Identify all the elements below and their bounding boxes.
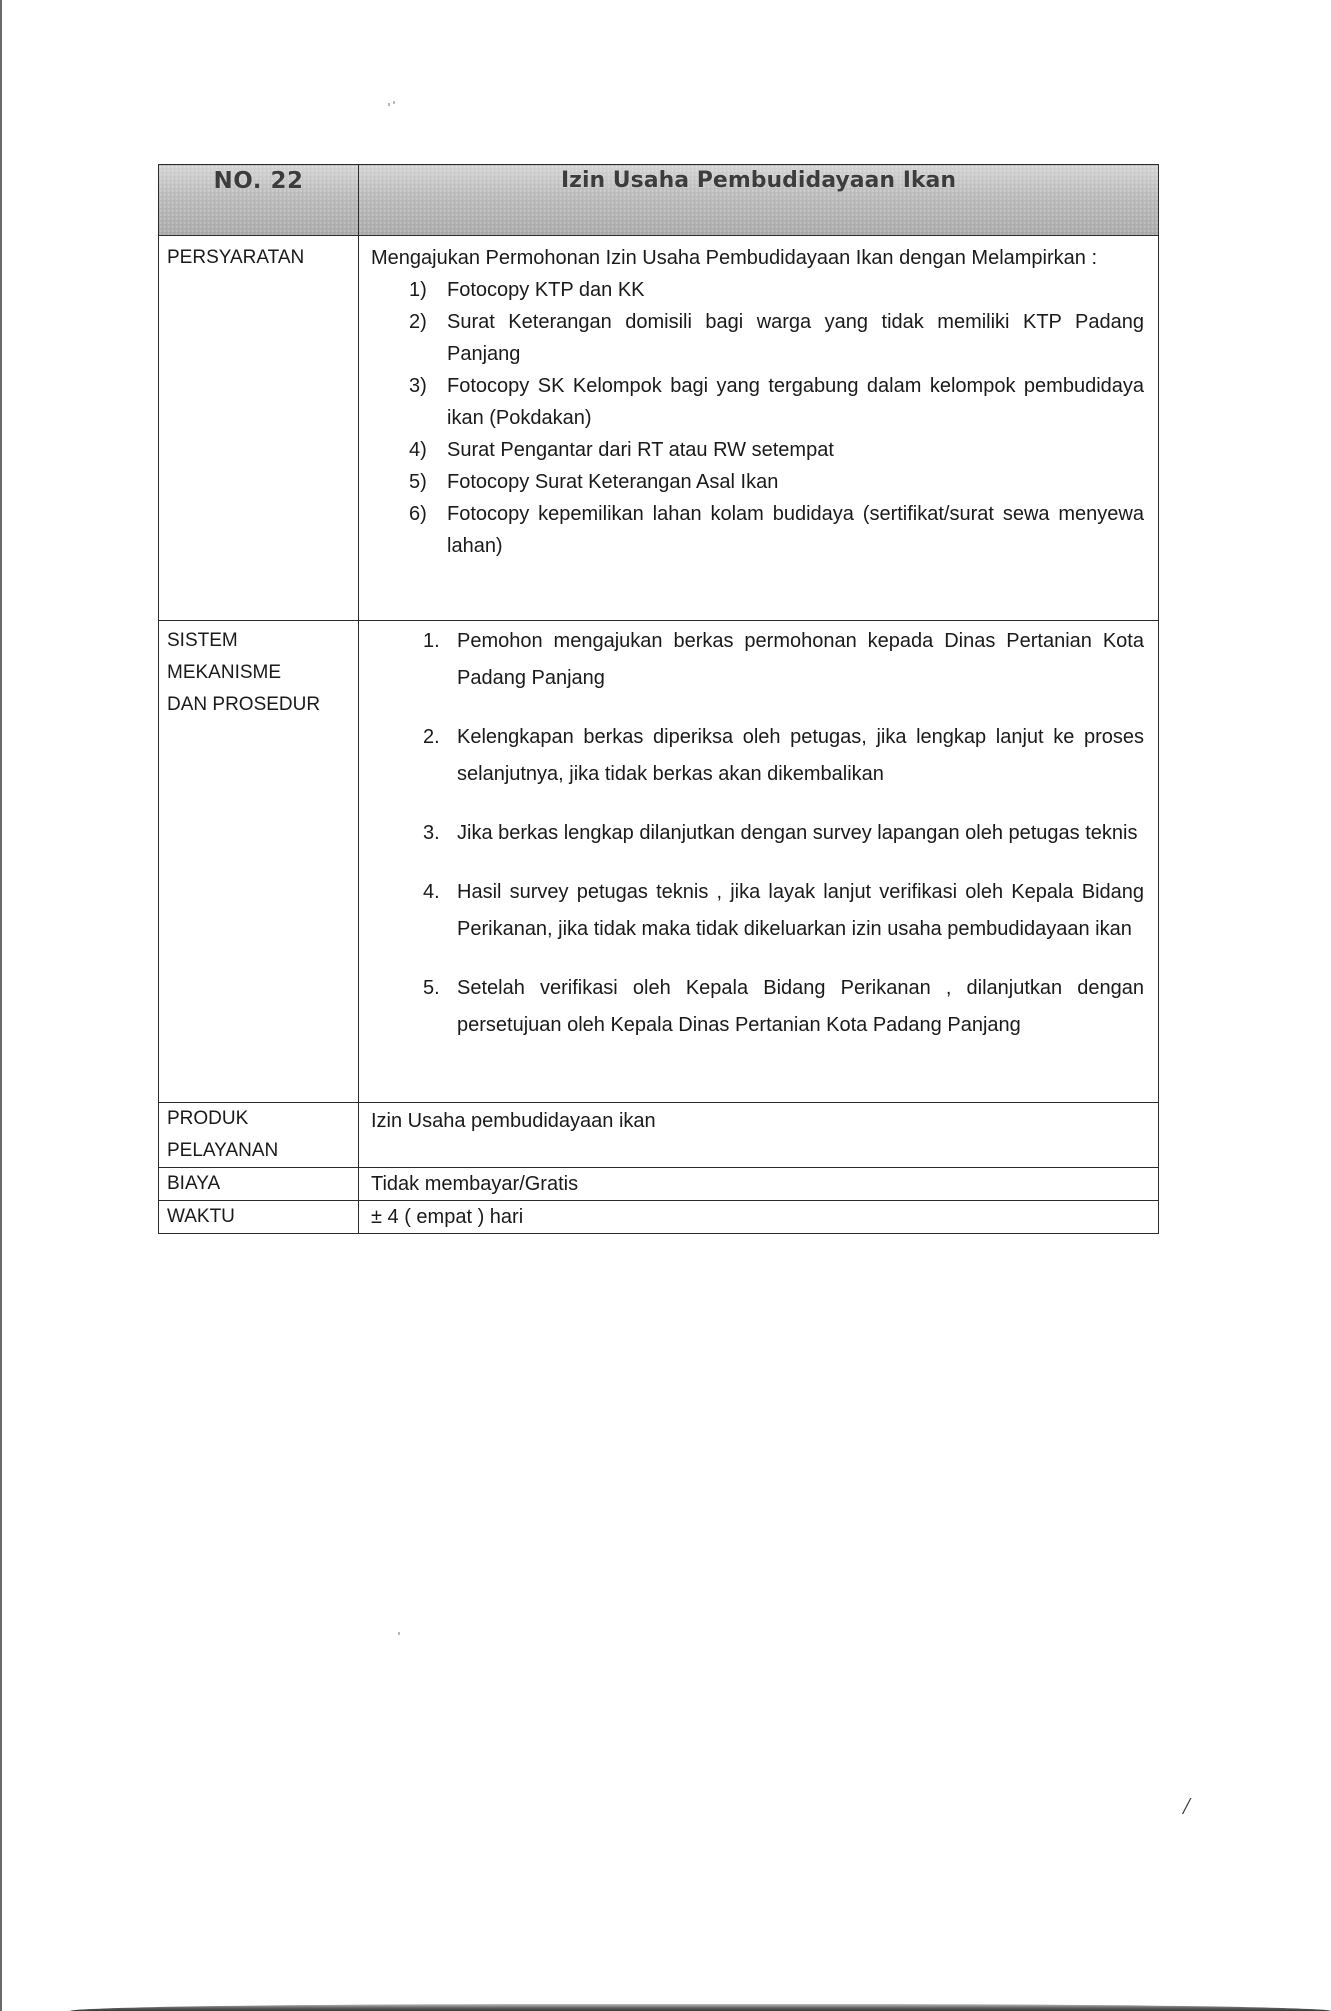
list-item: 5)Fotocopy Surat Keterangan Asal Ikan [409,466,1144,498]
row-label-produk: PRODUK PELAYANAN [159,1103,359,1168]
list-item: 5.Setelah verifikasi oleh Kepala Bidang … [423,970,1144,1044]
list-item: 1.Pemohon mengajukan berkas permohonan k… [423,623,1144,697]
list-item: 2)Surat Keterangan domisili bagi warga y… [409,306,1144,370]
table-row-produk: PRODUK PELAYANAN Izin Usaha pembudidayaa… [159,1103,1159,1168]
list-item: 4.Hasil survey petugas teknis , jika lay… [423,874,1144,948]
row-content-waktu: ± 4 ( empat ) hari [359,1201,1159,1234]
list-item-number: 2. [423,719,440,756]
label-line: PELAYANAN [167,1135,350,1167]
requirements-intro: Mengajukan Permohonan Izin Usaha Pembudi… [371,242,1144,274]
scan-edge-left [0,0,2,2011]
row-content-produk: Izin Usaha pembudidayaan ikan [359,1103,1159,1168]
list-item: 1)Fotocopy KTP dan KK [409,274,1144,306]
list-item-text: Fotocopy Surat Keterangan Asal Ikan [447,471,778,493]
row-content-prosedur: 1.Pemohon mengajukan berkas permohonan k… [359,621,1159,1103]
list-item-number: 5) [409,466,427,498]
list-item-number: 2) [409,306,427,338]
table-row-prosedur: SISTEM MEKANISME DAN PROSEDUR 1.Pemohon … [159,621,1159,1103]
list-item-text: Fotocopy kepemilikan lahan kolam budiday… [447,503,1144,557]
service-title: Izin Usaha Pembudidayaan Ikan [359,165,1159,236]
handwritten-page-mark: / [1183,1794,1190,1821]
list-item-number: 1. [423,623,440,660]
table-row-waktu: WAKTU ± 4 ( empat ) hari [159,1201,1159,1234]
list-item: 3.Jika berkas lengkap dilanjutkan dengan… [423,815,1144,852]
list-item-number: 5. [423,970,440,1007]
list-item: 6)Fotocopy kepemilikan lahan kolam budid… [409,498,1144,562]
list-item-text: Fotocopy KTP dan KK [447,279,645,301]
list-item-text: Kelengkapan berkas diperiksa oleh petuga… [457,726,1144,785]
list-item: 3)Fotocopy SK Kelompok bagi yang tergabu… [409,370,1144,434]
list-item-number: 1) [409,274,427,306]
list-item-number: 4. [423,874,440,911]
label-line: DAN PROSEDUR [167,689,350,721]
list-item-text: Surat Pengantar dari RT atau RW setempat [447,439,834,461]
label-line: PRODUK [167,1103,350,1135]
list-item-number: 6) [409,498,427,530]
row-content-biaya: Tidak membayar/Gratis [359,1168,1159,1201]
service-requirements-table: NO. 22 Izin Usaha Pembudidayaan Ikan PER… [158,164,1159,1234]
list-item: 2.Kelengkapan berkas diperiksa oleh petu… [423,719,1144,793]
list-item-number: 3. [423,815,440,852]
list-item-number: 4) [409,434,427,466]
service-number: NO. 22 [159,165,359,236]
row-label-persyaratan: PERSYARATAN [159,236,359,621]
scan-speck [398,1632,400,1635]
row-label-waktu: WAKTU [159,1201,359,1234]
procedure-steps-list: 1.Pemohon mengajukan berkas permohonan k… [371,623,1144,1044]
scan-speck [388,103,390,106]
label-line: MEKANISME [167,657,350,689]
scan-edge-bottom [70,2004,1331,2011]
label-line: SISTEM [167,625,350,657]
list-item-text: Setelah verifikasi oleh Kepala Bidang Pe… [457,977,1144,1036]
row-label-prosedur: SISTEM MEKANISME DAN PROSEDUR [159,621,359,1103]
table-row-biaya: BIAYA Tidak membayar/Gratis [159,1168,1159,1201]
list-item-text: Surat Keterangan domisili bagi warga yan… [447,311,1144,365]
row-label-biaya: BIAYA [159,1168,359,1201]
list-item-text: Jika berkas lengkap dilanjutkan dengan s… [457,822,1137,844]
list-item-number: 3) [409,370,427,402]
list-item-text: Fotocopy SK Kelompok bagi yang tergabung… [447,375,1144,429]
list-item-text: Hasil survey petugas teknis , jika layak… [457,881,1144,940]
requirements-list: 1)Fotocopy KTP dan KK 2)Surat Keterangan… [371,274,1144,562]
list-item-text: Pemohon mengajukan berkas permohonan kep… [457,630,1144,689]
list-item: 4)Surat Pengantar dari RT atau RW setemp… [409,434,1144,466]
table-row-persyaratan: PERSYARATAN Mengajukan Permohonan Izin U… [159,236,1159,621]
row-content-persyaratan: Mengajukan Permohonan Izin Usaha Pembudi… [359,236,1159,621]
scan-speck [393,101,395,104]
table-header-row: NO. 22 Izin Usaha Pembudidayaan Ikan [159,165,1159,236]
